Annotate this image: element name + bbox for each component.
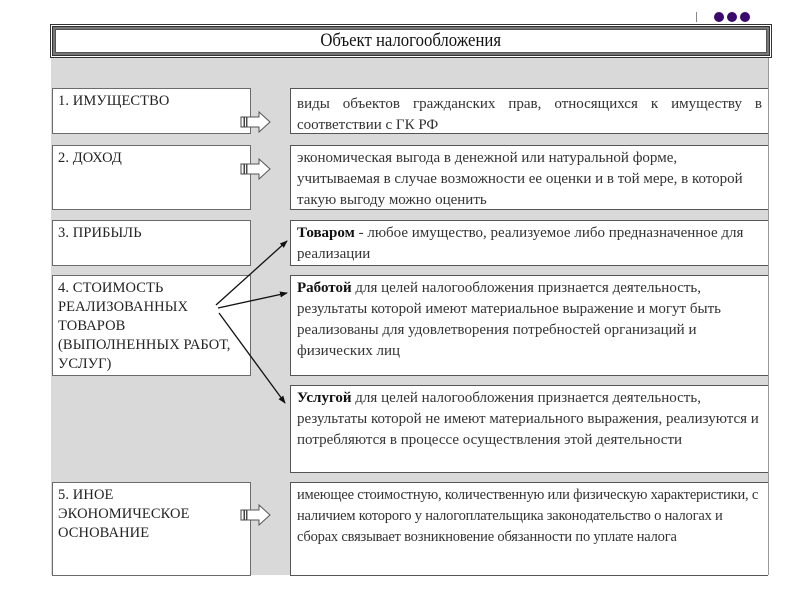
definition-text: виды объектов гражданских прав, относящи… [297, 96, 762, 133]
diagram-title-box: Объект налогообложения [50, 24, 772, 58]
dot-icon [727, 12, 737, 22]
definition-text: - любое имущество, реализуемое либо пред… [297, 225, 743, 262]
definition-box-service: Услугой для целей налогообложения призна… [290, 385, 768, 473]
definition-box-other-basis: имеющее стоимостную, количественную или … [290, 482, 768, 576]
object-label: 1. ИМУЩЕСТВО [58, 93, 170, 109]
block-arrow-right-icon [240, 157, 272, 181]
diagram-title: Объект налогообложения [321, 30, 502, 52]
definition-box-property: виды объектов гражданских прав, относящи… [290, 88, 768, 134]
object-box-income: 2. ДОХОД [52, 145, 251, 210]
dot-icon [714, 12, 724, 22]
block-arrow-right-icon [240, 110, 272, 134]
definition-text: экономическая выгода в денежной или нату… [297, 150, 743, 208]
slide-tick-mark [696, 12, 697, 22]
definition-text: для целей налогообложения признается дея… [297, 280, 721, 359]
object-box-profit: 3. ПРИБЫЛЬ [52, 220, 251, 266]
definition-box-work: Работой для целей налогообложения призна… [290, 275, 768, 376]
slide-decor-dots-icon [714, 12, 750, 22]
object-box-property: 1. ИМУЩЕСТВО [52, 88, 251, 134]
object-box-other-basis: 5. ИНОЕ ЭКОНОМИЧЕСКОЕ ОСНОВАНИЕ [52, 482, 251, 576]
dot-icon [740, 12, 750, 22]
definition-box-goods: Товаром - любое имущество, реализуемое л… [290, 220, 768, 266]
object-label: 3. ПРИБЫЛЬ [58, 225, 142, 241]
object-label: 4. СТОИМОСТЬ РЕАЛИЗОВАННЫХ ТОВАРОВ (ВЫПО… [58, 280, 231, 372]
definition-box-income: экономическая выгода в денежной или нату… [290, 145, 768, 210]
definition-term: Услугой [297, 390, 352, 406]
object-label: 5. ИНОЕ ЭКОНОМИЧЕСКОЕ ОСНОВАНИЕ [58, 487, 190, 541]
object-label: 2. ДОХОД [58, 150, 122, 166]
block-arrow-right-icon [240, 503, 272, 527]
object-box-sales-value: 4. СТОИМОСТЬ РЕАЛИЗОВАННЫХ ТОВАРОВ (ВЫПО… [52, 275, 251, 376]
definition-text: для целей налогообложения признается дея… [297, 390, 759, 448]
definition-term: Работой [297, 280, 352, 296]
definition-term: Товаром [297, 225, 355, 241]
definition-text: имеющее стоимостную, количественную или … [297, 487, 758, 545]
